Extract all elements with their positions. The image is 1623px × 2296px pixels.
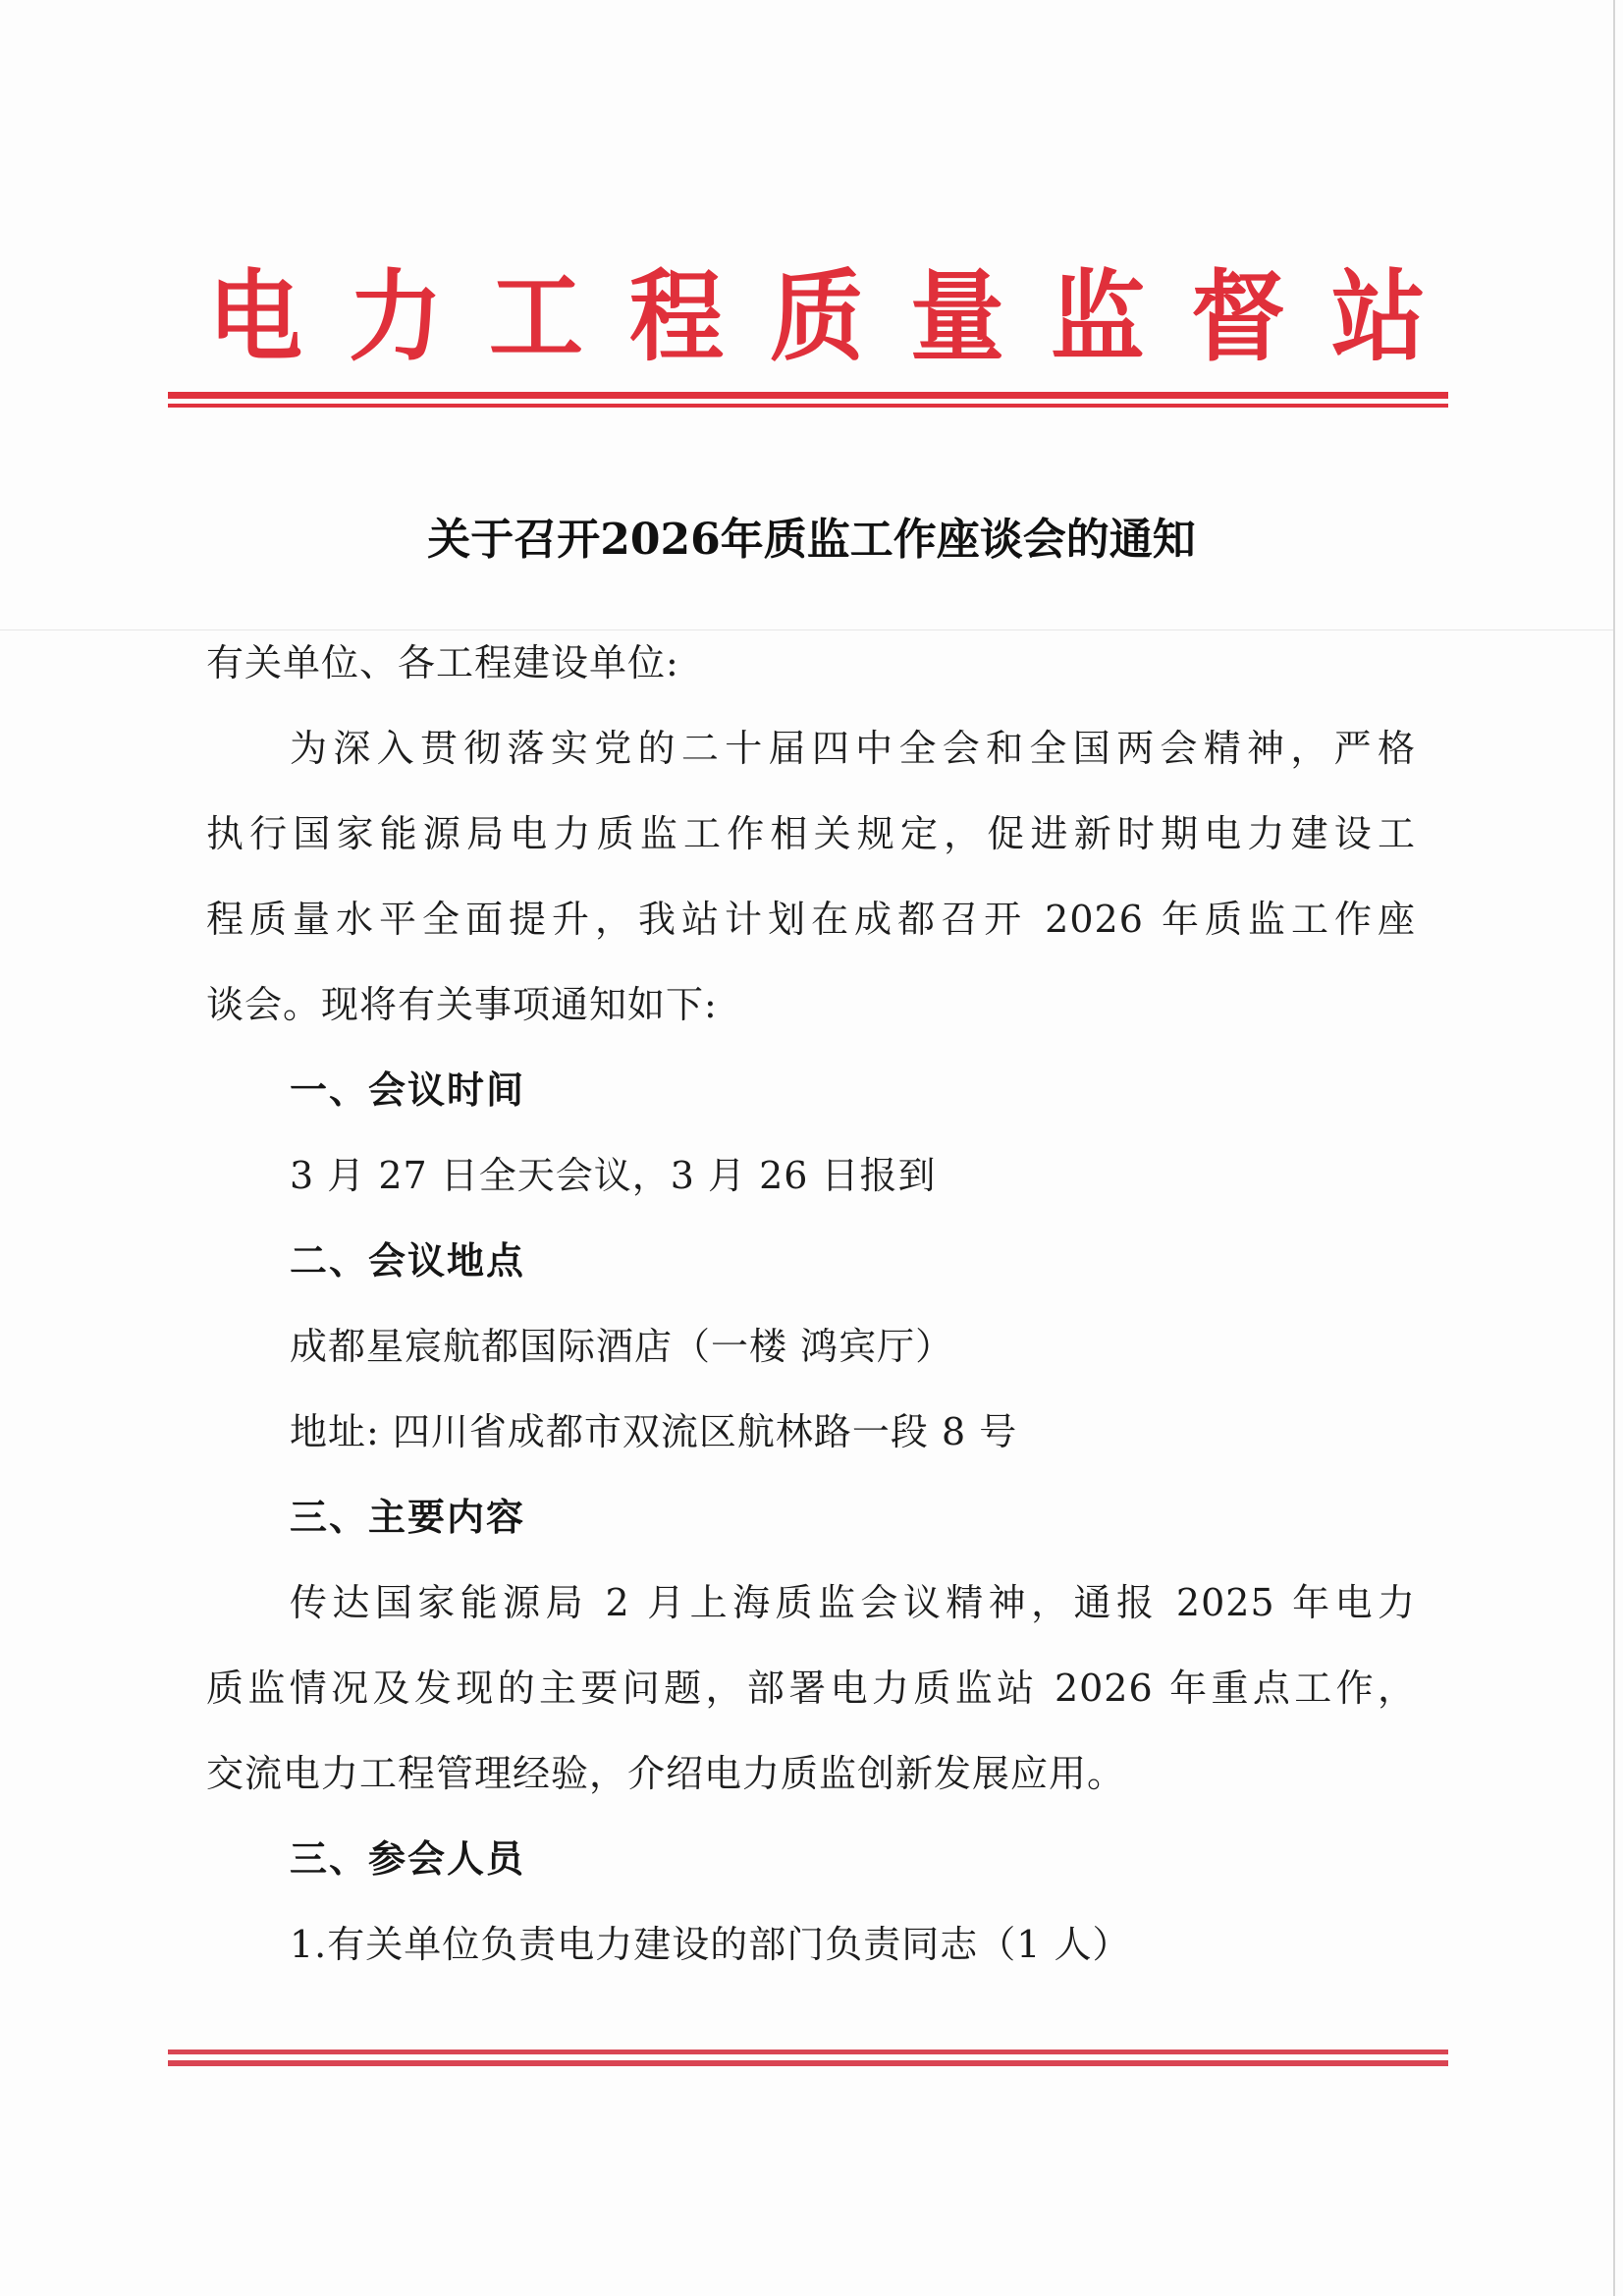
letterhead-char: 电	[208, 260, 302, 374]
main-content-line: 质监情况及发现的主要问题，部署电力质监站 2026 年重点工作，	[206, 1664, 1416, 1713]
intro-line: 程质量水平全面提升，我站计划在成都召开 2026 年质监工作座	[206, 895, 1416, 944]
letterhead-char: 监	[1051, 260, 1145, 374]
letterhead-char: 程	[629, 260, 724, 374]
section-heading-meeting-time: 一、会议时间	[290, 1066, 525, 1115]
scan-edge-line	[1613, 0, 1615, 2296]
scan-seam-line	[0, 629, 1613, 630]
document-page: 电 力 工 程 质 量 监 督 站 关于召开2026年质监工作座谈会的通知 有关…	[0, 0, 1623, 2296]
meeting-address-text: 地址: 四川省成都市双流区航林路一段 8 号	[290, 1407, 1017, 1456]
section-heading-main-content: 三、主要内容	[290, 1493, 525, 1542]
main-content-line: 传达国家能源局 2 月上海质监会议精神，通报 2025 年电力	[290, 1578, 1416, 1627]
intro-line: 执行国家能源局电力质监工作相关规定，促进新时期电力建设工	[206, 809, 1416, 858]
letterhead-char: 站	[1331, 260, 1426, 374]
letterhead-organization-name: 电 力 工 程 质 量 监 督 站	[208, 263, 1426, 371]
section-heading-attendees: 三、参会人员	[290, 1834, 525, 1884]
letterhead-char: 力	[349, 260, 443, 374]
section-heading-meeting-location: 二、会议地点	[290, 1236, 525, 1285]
main-content-line: 交流电力工程管理经验，介绍电力质监创新发展应用。	[206, 1749, 1125, 1798]
letterhead-char: 量	[910, 260, 1004, 374]
letterhead-red-rule-thick	[168, 392, 1448, 399]
letterhead-char: 工	[489, 260, 583, 374]
intro-line: 为深入贯彻落实党的二十届四中全会和全国两会精神，严格	[290, 724, 1416, 773]
letterhead-char: 督	[1191, 260, 1285, 374]
footer-red-rule-thin	[168, 2050, 1448, 2054]
meeting-venue-text: 成都星宸航都国际酒店（一楼 鸿宾厅）	[290, 1322, 953, 1371]
attendee-item: 1.有关单位负责电力建设的部门负责同志（1 人）	[290, 1920, 1131, 1969]
notice-title: 关于召开2026年质监工作座谈会的通知	[0, 511, 1623, 570]
meeting-time-text: 3 月 27 日全天会议，3 月 26 日报到	[290, 1151, 937, 1200]
salutation: 有关单位、各工程建设单位:	[206, 638, 679, 687]
letterhead-char: 质	[770, 260, 864, 374]
footer-red-rule-thick	[168, 2060, 1448, 2066]
intro-line: 谈会。现将有关事项通知如下:	[206, 980, 718, 1029]
letterhead-red-rule-thin	[168, 404, 1448, 408]
